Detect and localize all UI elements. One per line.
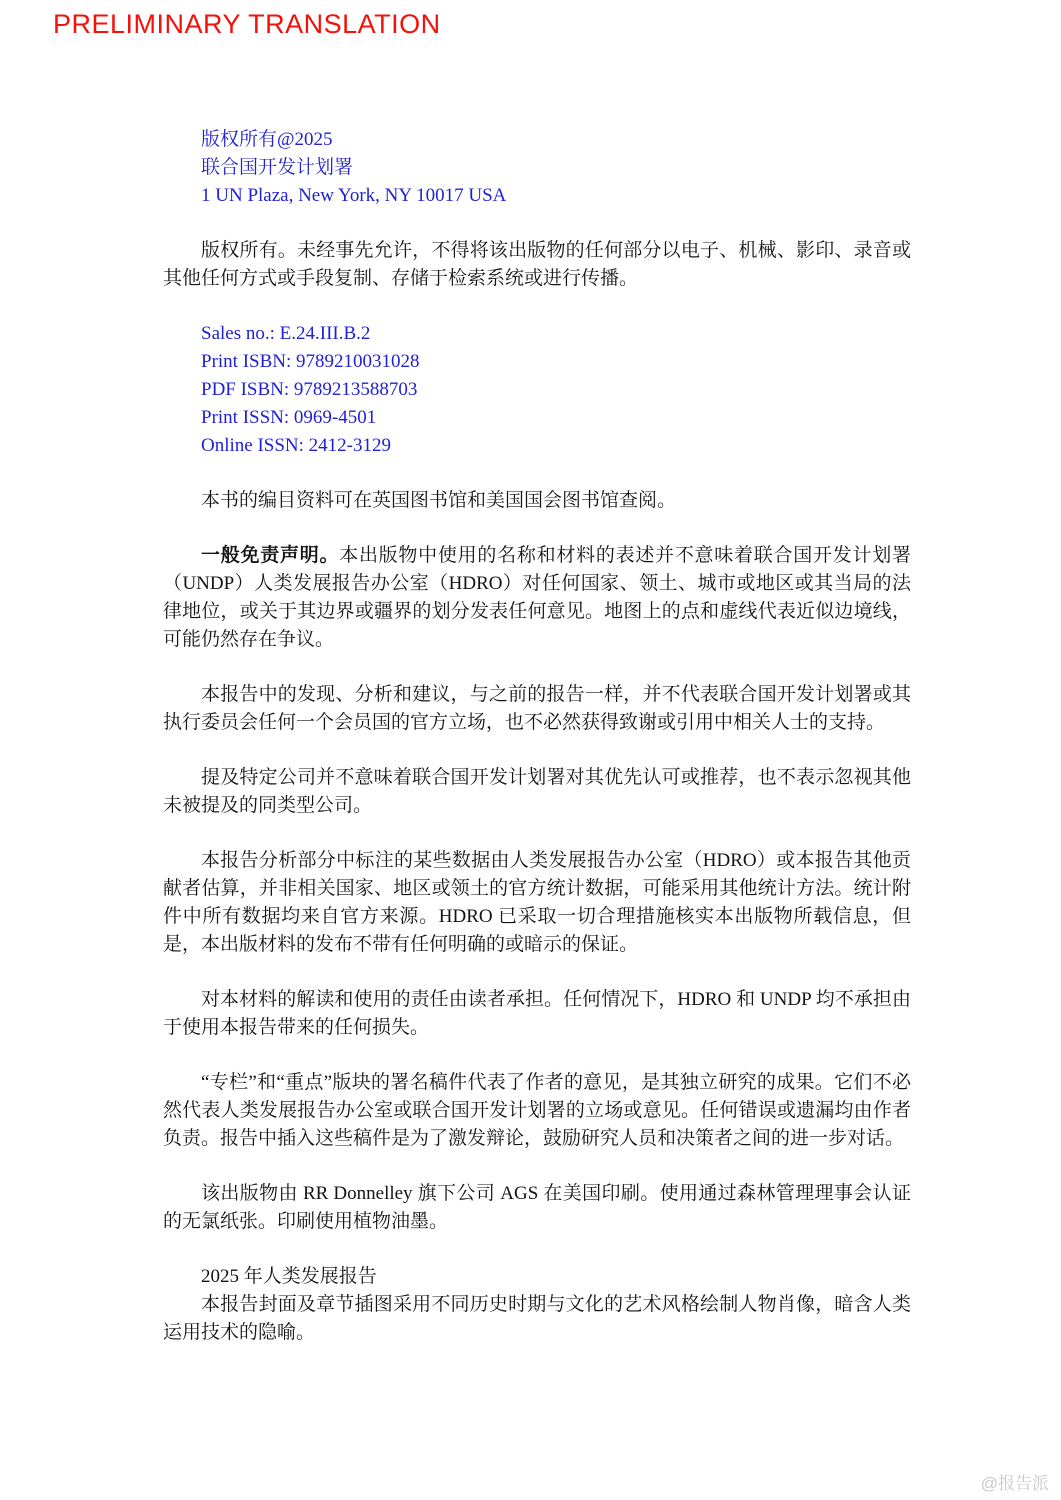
page-content: 版权所有@2025 联合国开发计划署 1 UN Plaza, New York,… bbox=[163, 126, 911, 1347]
document-page: PRELIMINARY TRANSLATION 版权所有@2025 联合国开发计… bbox=[0, 0, 1061, 1500]
copyright-year-line: 版权所有@2025 bbox=[201, 126, 911, 154]
general-disclaimer-label: 一般免责声明。 bbox=[201, 545, 339, 566]
paragraph-contributions: “专栏”和“重点”版块的署名稿件代表了作者的意见，是其独立研究的成果。它们不必然… bbox=[163, 1069, 911, 1153]
pdf-isbn-line: PDF ISBN: 9789213588703 bbox=[201, 376, 911, 404]
paragraph-companies: 提及特定公司并不意味着联合国开发计划署对其优先认可或推荐，也不表示忽视其他未被提… bbox=[163, 764, 911, 820]
paragraph-cover-note: 本报告封面及章节插图采用不同历史时期与文化的艺术风格绘制人物肖像，暗含人类运用技… bbox=[163, 1291, 911, 1347]
paragraph-cataloguing: 本书的编目资料可在英国图书馆和美国国会图书馆查阅。 bbox=[163, 487, 911, 515]
preliminary-translation-banner: PRELIMINARY TRANSLATION bbox=[53, 9, 441, 40]
paragraph-data-note: 本报告分析部分中标注的某些数据由人类发展报告办公室（HDRO）或本报告其他贡献者… bbox=[163, 847, 911, 959]
print-isbn-line: Print ISBN: 9789210031028 bbox=[201, 348, 911, 376]
paragraph-rights-reserved: 版权所有。未经事先允许，不得将该出版物的任何部分以电子、机械、影印、录音或其他任… bbox=[163, 237, 911, 293]
paragraph-responsibility: 对本材料的解读和使用的责任由读者承担。任何情况下，HDRO 和 UNDP 均不承… bbox=[163, 986, 911, 1042]
print-issn-line: Print ISSN: 0969-4501 bbox=[201, 404, 911, 432]
watermark: @报告派 bbox=[981, 1469, 1049, 1494]
paragraph-printing: 该出版物由 RR Donnelley 旗下公司 AGS 在美国印刷。使用通过森林… bbox=[163, 1180, 911, 1236]
paragraph-general-disclaimer: 一般免责声明。本出版物中使用的名称和材料的表述并不意味着联合国开发计划署（UND… bbox=[163, 542, 911, 654]
online-issn-line: Online ISSN: 2412-3129 bbox=[201, 432, 911, 460]
publisher-address-line: 1 UN Plaza, New York, NY 10017 USA bbox=[201, 182, 911, 210]
publication-ids-block: Sales no.: E.24.III.B.2 Print ISBN: 9789… bbox=[201, 320, 911, 460]
publisher-name-line: 联合国开发计划署 bbox=[201, 154, 911, 182]
paragraph-findings: 本报告中的发现、分析和建议，与之前的报告一样，并不代表联合国开发计划署或其执行委… bbox=[163, 681, 911, 737]
report-title-line: 2025 年人类发展报告 bbox=[163, 1263, 911, 1291]
sales-no-line: Sales no.: E.24.III.B.2 bbox=[201, 320, 911, 348]
copyright-address-block: 版权所有@2025 联合国开发计划署 1 UN Plaza, New York,… bbox=[201, 126, 911, 210]
